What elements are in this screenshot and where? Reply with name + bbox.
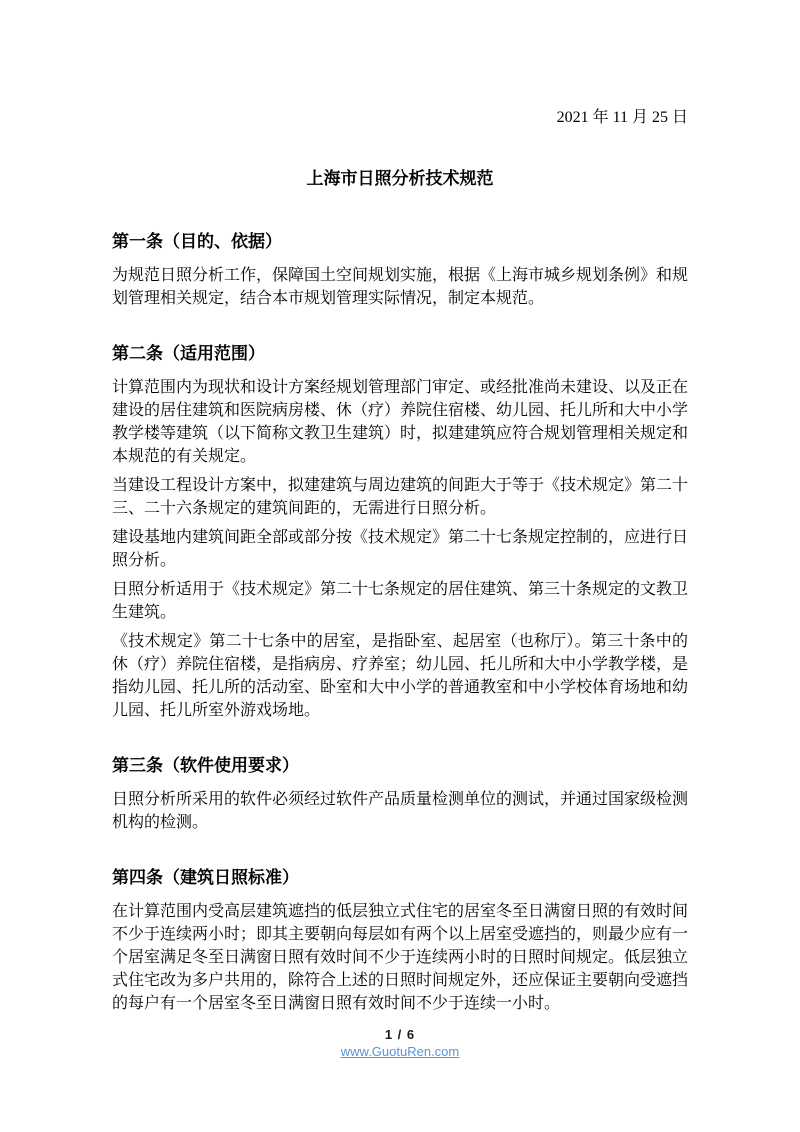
paragraph: 建设基地内建筑间距全部或部分按《技术规定》第二十七条规定控制的，应进行日照分析。 <box>112 526 688 572</box>
section-sunlight-standard-heading: 第四条（建筑日照标准） <box>112 866 688 890</box>
section-software-requirements: 第三条（软件使用要求） 日照分析所采用的软件必须经过软件产品质量检测单位的测试，… <box>112 754 688 834</box>
paragraph: 《技术规定》第二十七条中的居室，是指卧室、起居室（也称厅）。第三十条中的休（疗）… <box>112 630 688 722</box>
section-scope: 第二条（适用范围） 计算范围内为现状和设计方案经规划管理部门审定、或经批准尚未建… <box>112 342 688 722</box>
section-purpose-heading: 第一条（目的、依据） <box>112 230 688 254</box>
paragraph: 为规范日照分析工作，保障国土空间规划实施，根据《上海市城乡规划条例》和规划管理相… <box>112 264 688 310</box>
document-date: 2021 年 11 月 25 日 <box>112 108 688 128</box>
page-footer: 1 / 6 www.GuotuRen.com <box>0 1026 800 1061</box>
footer-link[interactable]: www.GuotuRen.com <box>341 1044 460 1060</box>
paragraph: 日照分析适用于《技术规定》第二十七条规定的居住建筑、第三十条规定的文教卫生建筑。 <box>112 578 688 624</box>
paragraph: 日照分析所采用的软件必须经过软件产品质量检测单位的测试，并通过国家级检测机构的检… <box>112 788 688 834</box>
document-title: 上海市日照分析技术规范 <box>112 166 688 192</box>
section-software-requirements-heading: 第三条（软件使用要求） <box>112 754 688 778</box>
section-sunlight-standard: 第四条（建筑日照标准） 在计算范围内受高层建筑遮挡的低层独立式住宅的居室冬至日满… <box>112 866 688 1015</box>
document-page: 2021 年 11 月 25 日 上海市日照分析技术规范 第一条（目的、依据） … <box>0 0 800 1132</box>
section-scope-heading: 第二条（适用范围） <box>112 342 688 366</box>
page-number: 1 / 6 <box>0 1026 800 1043</box>
paragraph: 当建设工程设计方案中，拟建建筑与周边建筑的间距大于等于《技术规定》第二十三、二十… <box>112 474 688 520</box>
section-purpose: 第一条（目的、依据） 为规范日照分析工作，保障国土空间规划实施，根据《上海市城乡… <box>112 230 688 310</box>
paragraph: 计算范围内为现状和设计方案经规划管理部门审定、或经批准尚未建设、以及正在建设的居… <box>112 376 688 468</box>
paragraph: 在计算范围内受高层建筑遮挡的低层独立式住宅的居室冬至日满窗日照的有效时间不少于连… <box>112 900 688 1015</box>
